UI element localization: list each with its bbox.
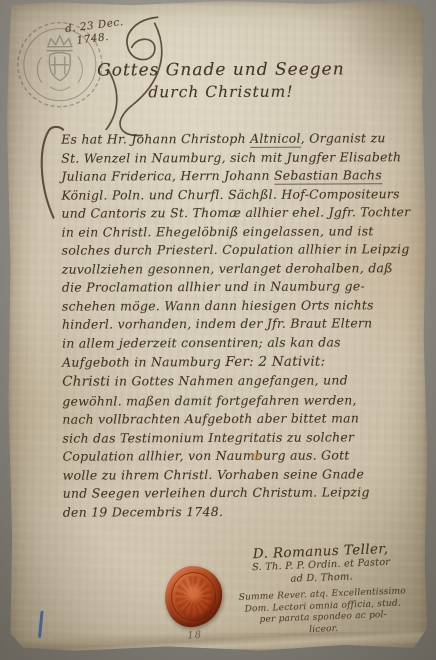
manuscript-line: hinderl. vorhanden, indem der Jfr. Braut… [62, 315, 412, 335]
manuscript-line: solches durch Priesterl. Copulation allh… [62, 240, 412, 260]
manuscript-line: nach vollbrachten Aufgeboth aber bittet … [62, 409, 412, 429]
manuscript-text: , Organist zu [301, 130, 386, 145]
manuscript-text: Copulation allhier, von Naumburg aus. Go… [63, 448, 350, 464]
manuscript-text: Fer: 2 Nativit: [225, 354, 325, 369]
manuscript-line: wolle zu ihrem Christl. Vorhaben seine G… [63, 465, 413, 485]
manuscript-text: in ein Christl. Ehegelöbniß eingelassen,… [62, 223, 374, 239]
photo-background: d. 23 Dec. 1748. Gottes Gnade und Seegen… [0, 0, 436, 660]
header-line2: durch Christum! [66, 82, 376, 101]
manuscript-line: Königl. Poln. und Churfl. Sächßl. Hof-Co… [61, 185, 411, 205]
manuscript-line: den 19 Decembris 1748. [63, 502, 413, 522]
document-paper: d. 23 Dec. 1748. Gottes Gnade und Seegen… [6, 0, 429, 653]
manuscript-line: Aufgeboth in Naumburg Fer: 2 Nativit: [62, 352, 412, 373]
manuscript-line: Christi in Gottes Nahmen angefangen, und [62, 371, 412, 392]
manuscript-text: solches durch Priesterl. Copulation allh… [62, 241, 410, 258]
manuscript-line: gewöhnl. maßen damit fortgefahren werden… [62, 391, 412, 411]
latin-note: Summe Rever. atq. ExcellentissimoDom. Le… [216, 585, 430, 639]
manuscript-text: Christi [62, 375, 110, 390]
wax-seal [165, 566, 222, 627]
manuscript-line: die Proclamation allhier und in Naumburg… [62, 278, 412, 298]
manuscript-line: Es hat Hr. Johann Christoph Altnicol, Or… [61, 129, 411, 149]
manuscript-text: Juliana Friderica, Herrn Johann [61, 168, 274, 184]
manuscript-text: wolle zu ihrem Christl. Vorhaben seine G… [63, 466, 365, 482]
manuscript-line: und Seegen verleihen durch Christum. Lei… [63, 484, 413, 504]
blue-tally-mark [38, 611, 43, 638]
manuscript-text: nach vollbrachten Aufgeboth aber bittet … [62, 411, 359, 427]
manuscript-text: hinderl. vorhanden, indem der Jfr. Braut… [62, 316, 373, 332]
manuscript-line: Juliana Friderica, Herrn Johann Sebastia… [61, 166, 411, 186]
manuscript-text: und Seegen verleihen durch Christum. Lei… [63, 485, 370, 501]
manuscript-text: schehen möge. Wann dann hiesigen Orts ni… [62, 297, 374, 313]
manuscript-text: Altnicol [250, 131, 301, 148]
manuscript-text: Königl. Poln. und Churfl. Sächßl. Hof-Co… [61, 186, 399, 202]
manuscript-line: sich das Testimonium Integritatis zu sol… [62, 428, 412, 448]
manuscript-text: die Proclamation allhier und in Naumburg… [62, 279, 365, 295]
manuscript-text: in allem jederzeit consentiren; als kan … [62, 334, 341, 350]
header-blessing: Gottes Gnade und Seegen durch Christum! [66, 59, 376, 101]
pencil-number: 18 [187, 630, 203, 642]
manuscript-text: in Gottes Nahmen angefangen, und [110, 373, 348, 389]
manuscript-text: sich das Testimonium Integritatis zu sol… [62, 429, 354, 445]
manuscript-line: in allem jederzeit consentiren; als kan … [62, 333, 412, 353]
manuscript-line: schehen möge. Wann dann hiesigen Orts ni… [62, 296, 412, 316]
header-line1: Gottes Gnade und Seegen [66, 59, 376, 80]
manuscript-text: Es hat Hr. Johann Christoph [61, 131, 250, 147]
manuscript-text: den 19 Decembris 1748. [63, 504, 223, 520]
manuscript-text: Sebastian Bachs [274, 167, 382, 184]
wax-seal-emboss [175, 576, 212, 617]
manuscript-text: und Cantoris zu St. Thomæ allhier ehel. … [61, 204, 410, 221]
manuscript-text: zuvollziehen gesonnen, verlanget derohal… [62, 260, 393, 276]
manuscript-body: Es hat Hr. Johann Christoph Altnicol, Or… [61, 129, 413, 522]
manuscript-line: und Cantoris zu St. Thomæ allhier ehel. … [61, 203, 411, 223]
manuscript-line: in ein Christl. Ehegelöbniß eingelassen,… [62, 222, 412, 242]
manuscript-line: Copulation allhier, von Naumburg aus. Go… [63, 446, 413, 466]
paper-stain [251, 453, 262, 461]
manuscript-text: St. Wenzel in Naumburg, sich mit Jungfer… [61, 149, 401, 165]
signature-block: D. Romanus Teller, S. Th. P. P. Ordin. e… [214, 539, 429, 639]
manuscript-text: gewöhnl. maßen damit fortgefahren werden… [62, 392, 357, 408]
manuscript-line: St. Wenzel in Naumburg, sich mit Jungfer… [61, 148, 411, 168]
manuscript-line: zuvollziehen gesonnen, verlanget derohal… [62, 259, 412, 279]
manuscript-text: Aufgeboth in Naumburg [62, 354, 225, 370]
